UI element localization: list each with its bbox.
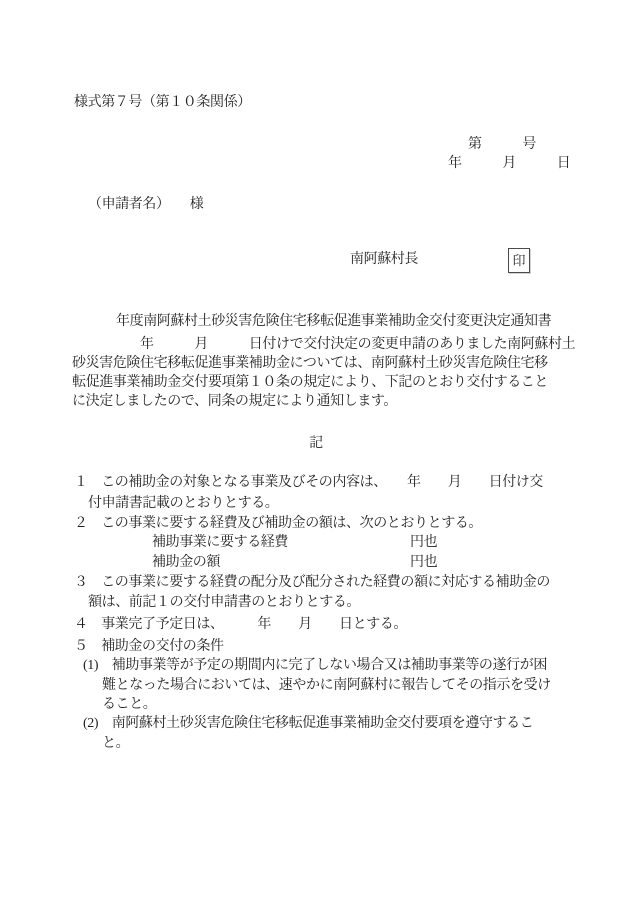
paragraph-line: 砂災害危険住宅移転促進事業補助金については、南阿蘇村土砂災害危険住宅移 (72, 354, 548, 374)
record-heading: 記 (72, 434, 560, 454)
form-number-label: 様式第７号（第１０条関係） (74, 93, 251, 113)
seal-stamp-box: 印 (508, 248, 530, 273)
list-item-5: ５ 補助金の交付の条件 (74, 637, 224, 657)
sub-item-1-cont: 難となった場合においては、速やかに南阿蘇村に報告してその指示を受け (102, 676, 551, 696)
document-title: 年度南阿蘇村土砂災害危険住宅移転促進事業補助金交付変更決定通知書 (116, 312, 551, 332)
list-item-1-cont: 付申請書記載のとおりとする。 (88, 494, 278, 514)
sub-item-1-cont: ること。 (102, 695, 156, 715)
list-item-3-cont: 額は、前記１の交付申請書のとおりとする。 (88, 593, 360, 613)
sub-item-2-cont: と。 (102, 734, 129, 754)
cost-row-value: 円也 (410, 553, 437, 573)
paragraph-line: に決定しましたので、同条の規定により通知します。 (72, 392, 397, 412)
list-item-2: ２ この事業に要する経費及び補助金の額は、次のとおりとする。 (74, 514, 482, 534)
list-item-1: １ この補助金の対象となる事業及びその内容は、 年 月 日付け交 (74, 473, 543, 493)
issuer-name: 南阿蘇村長 (350, 250, 418, 270)
document-page: 様式第７号（第１０条関係） 第 号 年 月 日 （申請者名） 様 南阿蘇村長 印… (0, 0, 630, 903)
sub-item-1: (1) 補助事業等が予定の期間内に完了しない場合又は補助事業等の遂行が困 (83, 656, 547, 676)
doc-number-line: 第 号 (468, 135, 536, 155)
addressee-line: （申請者名） 様 (88, 195, 203, 215)
list-item-3: ３ この事業に要する経費の配分及び配分された経費の額に対応する補助金の (74, 573, 550, 593)
list-item-4: ４ 事業完了予定日は、 年 月 日とする。 (74, 615, 407, 635)
paragraph-line: 転促進事業補助金交付要項第１０条の規定により、下記のとおり交付すること (72, 373, 548, 393)
cost-row-label: 補助事業に要する経費 (152, 533, 288, 553)
cost-row-value: 円也 (410, 533, 437, 553)
sub-item-2: (2) 南阿蘇村土砂災害危険住宅移転促進事業補助金交付要項を遵守するこ (83, 714, 533, 734)
cost-row-label: 補助金の額 (152, 553, 220, 573)
paragraph-line: 年 月 日付けで交付決定の変更申請のありました南阿蘇村土 (72, 335, 575, 355)
doc-date-line: 年 月 日 (448, 154, 570, 174)
